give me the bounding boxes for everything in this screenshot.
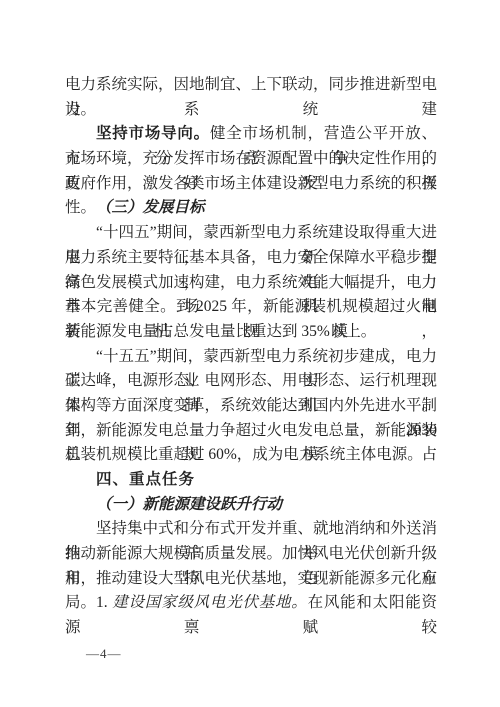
- text-line: 推动新能源大规模高质量发展。加快风电光伏创新升级和特色应: [65, 542, 437, 567]
- document-text-block: 电力系统实际，因地制宜、上下联动，同步推进新型电力系统建设。坚持市场导向。健全市…: [65, 73, 437, 616]
- text-run: 1.: [96, 594, 112, 611]
- text-line: 坚持市场导向。健全市场机制，营造公平开放、充分竞争的: [65, 122, 437, 147]
- text-line: 用，推动建设大型风电光伏基地，实现新能源多元化布局。: [65, 567, 437, 592]
- text-line: （一）新能源建设跃升行动: [65, 493, 437, 518]
- text-line: 架构等方面深度变革，系统效能达到国内外先进水平。到 2030: [65, 394, 437, 419]
- text-line: 1. 建设国家级风电光伏基地。在风能和太阳能资源禀赋较: [65, 591, 437, 616]
- text-line: 政府作用，激发各类市场主体建设新型电力系统的积极性。: [65, 172, 437, 197]
- page-number: —4—: [86, 646, 122, 662]
- text-line: “十五五”期间，蒙西新型电力系统初步建成，电力工业实现: [65, 345, 437, 370]
- text-run: 坚持市场导向。: [96, 125, 210, 142]
- text-line: 绿色发展模式加速构建，电力系统效能大幅提升，电力市场机制: [65, 271, 437, 296]
- text-line: 碳达峰，电源形态、电网形态、用电形态、运行机理、体制机制: [65, 369, 437, 394]
- document-page: 电力系统实际，因地制宜、上下联动，同步推进新型电力系统建设。坚持市场导向。健全市…: [0, 0, 500, 707]
- text-run: 总装机规模比重超过 60%，成为电力系统主体电源。: [65, 446, 423, 463]
- text-run: （三）发展目标: [96, 199, 205, 216]
- text-line: 总装机规模比重超过 60%，成为电力系统主体电源。: [65, 443, 437, 468]
- text-line: 坚持集中式和分布式开发并重、就地消纳和外送消纳并举，: [65, 517, 437, 542]
- text-run: 建设国家级风电光伏基地。: [112, 594, 307, 611]
- text-line: 电力系统主要特征基本具备，电力安全保障水平稳步提高，电力: [65, 246, 437, 271]
- text-line: “十四五”期间，蒙西新型电力系统建设取得重大进展，新型: [65, 221, 437, 246]
- text-line: 市场环境，充分发挥市场在资源配置中的决定性作用，更好发挥: [65, 147, 437, 172]
- text-run: （一）新能源建设跃升行动: [96, 496, 282, 513]
- text-run: 新能源发电量占总发电量比重达到 35%以上。: [65, 323, 376, 340]
- text-line: 四、重点任务: [65, 468, 437, 493]
- text-run: 设。: [65, 101, 96, 118]
- text-line: （三）发展目标: [65, 196, 437, 221]
- text-line: 电力系统实际，因地制宜、上下联动，同步推进新型电力系统建: [65, 73, 437, 98]
- text-line: 年，新能源发电总量力争超过火电发电总量，新能源装机规模占: [65, 419, 437, 444]
- text-run: 四、重点任务: [96, 471, 195, 488]
- text-run: 电力系统实际，因地制宜、上下联动，同步推进新型电力系统建: [65, 76, 437, 118]
- text-line: 基本完善健全。到 2025 年，新能源装机规模超过火电装机规模，: [65, 295, 437, 320]
